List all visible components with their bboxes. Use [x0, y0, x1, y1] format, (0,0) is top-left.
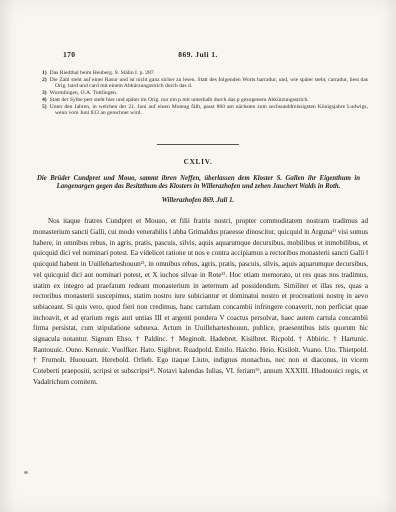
footnote-text: Statt der Sylbe pert steht hier und spät… — [50, 97, 309, 103]
footnote-marker: 4) — [42, 97, 50, 103]
footnote-text: Unter den Jahren, in welchen der 21. Jun… — [50, 104, 368, 117]
footnote-item: 3)Wurmlingen, O.A. Tuttlingen. — [42, 90, 368, 97]
footnote-item: 4)Statt der Sylbe pert steht hier und sp… — [42, 97, 368, 104]
footnote-text: Die Zahl steht auf einer Rasur und ist n… — [50, 77, 368, 90]
footnote-text: Das Riedthal beim Heuberg. S. Stälin I. … — [50, 70, 155, 76]
footnote-marker: 3) — [42, 90, 50, 96]
footnote-item: 5)Unter den Jahren, in welchen der 21. J… — [42, 104, 368, 117]
footnote-marker: 1) — [42, 70, 50, 76]
footnote-text: Wurmlingen, O.A. Tuttlingen. — [50, 90, 118, 96]
footnotes-block: 1)Das Riedthal beim Heuberg. S. Stälin I… — [42, 70, 368, 117]
book-page: 170 869. Juli 1. 1)Das Riedthal beim Heu… — [0, 0, 396, 512]
scan-speck — [24, 471, 28, 474]
footnote-marker: 5) — [42, 104, 50, 110]
charter-regest: Die Brüder Cundpret und Mouo, sammt ihre… — [37, 175, 360, 191]
charter-body: Nos itaque fratres Cundpret et Mouuo, et… — [33, 216, 368, 387]
footnote-item: 2)Die Zahl steht auf einer Rasur und ist… — [42, 77, 368, 90]
page-header: 170 869. Juli 1. — [0, 50, 396, 62]
footnote-marker: 2) — [42, 77, 50, 83]
footnote-item: 1)Das Riedthal beim Heuberg. S. Stälin I… — [42, 70, 368, 77]
charter-dateline: Willerazhofen 869. Juli 1. — [0, 197, 396, 204]
section-divider — [157, 144, 239, 145]
charter-number: CXLIV. — [0, 158, 396, 166]
running-head: 869. Juli 1. — [0, 50, 396, 59]
